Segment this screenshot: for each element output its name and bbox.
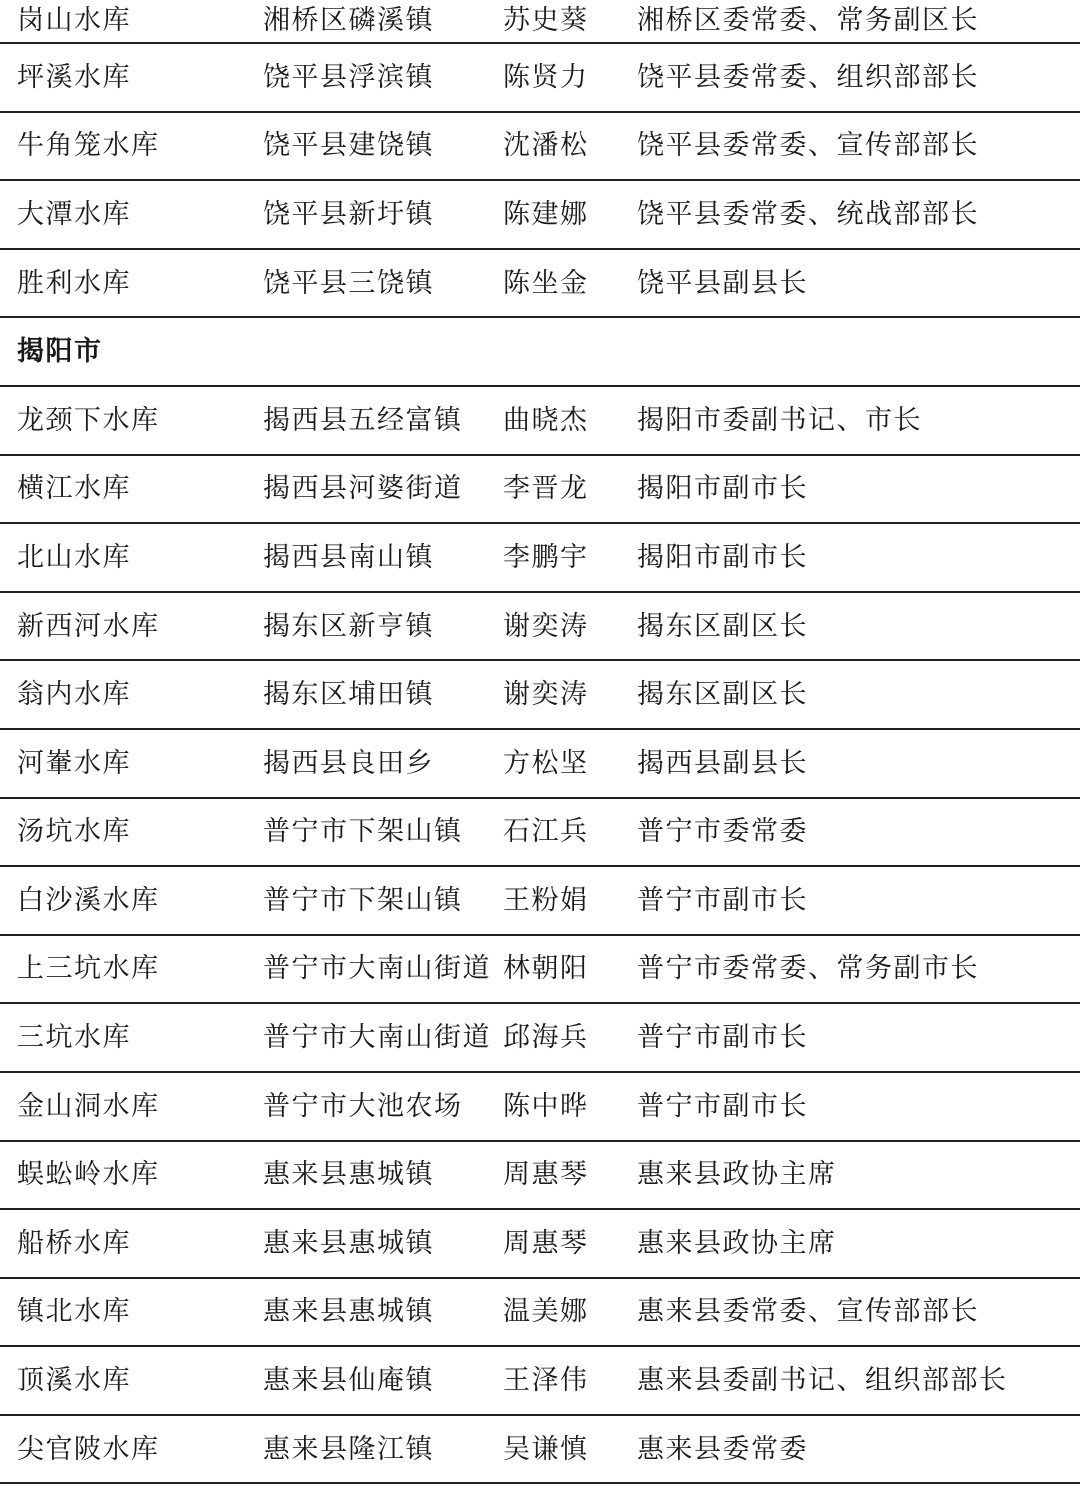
- township-cell: 饶平县新圩镇: [263, 199, 503, 230]
- position-cell: 普宁市委常委、常务副市长: [637, 953, 1080, 984]
- township-cell: 揭西县五经富镇: [263, 405, 503, 436]
- chief-name-cell: 谢奕涛: [503, 679, 637, 710]
- reservoir-name-cell: 北山水库: [17, 542, 263, 573]
- table-row: 顶溪水库 惠来县仙庵镇 王泽伟 惠来县委副书记、组织部部长: [0, 1347, 1080, 1416]
- position-cell: 揭东区副区长: [637, 611, 1080, 642]
- chief-name-cell: 沈潘松: [503, 130, 637, 161]
- table-row: 岗山水库 湘桥区磷溪镇 苏史葵 湘桥区委常委、常务副区长: [0, 0, 1080, 44]
- table-row: 坪溪水库 饶平县浮滨镇 陈贤力 饶平县委常委、组织部部长: [0, 44, 1080, 113]
- table-row: 横江水库 揭西县河婆街道 李晋龙 揭阳市副市长: [0, 456, 1080, 525]
- table-row: 新西河水库 揭东区新亨镇 谢奕涛 揭东区副区长: [0, 593, 1080, 662]
- reservoir-name-cell: 牛角笼水库: [17, 130, 263, 161]
- table-row: 三坑水库 普宁市大南山街道 邱海兵 普宁市副市长: [0, 1004, 1080, 1073]
- table-row: 汤坑水库 普宁市下架山镇 石江兵 普宁市委常委: [0, 799, 1080, 868]
- reservoir-name-cell: 胜利水库: [17, 268, 263, 299]
- chief-name-cell: 陈坐金: [503, 268, 637, 299]
- township-cell: 揭东区新亨镇: [263, 611, 503, 642]
- chief-name-cell: 曲晓杰: [503, 405, 637, 436]
- position-cell: 惠来县政协主席: [637, 1159, 1080, 1190]
- position-cell: 揭西县副县长: [637, 748, 1080, 779]
- position-cell: 揭阳市副市长: [637, 542, 1080, 573]
- township-cell: 揭东区埔田镇: [263, 679, 503, 710]
- chief-name-cell: 陈建娜: [503, 199, 637, 230]
- township-cell: 普宁市大池农场: [263, 1091, 503, 1122]
- reservoir-name-cell: 横江水库: [17, 473, 263, 504]
- township-cell: 湘桥区磷溪镇: [263, 5, 503, 36]
- township-cell: 饶平县三饶镇: [263, 268, 503, 299]
- position-cell: 惠来县委副书记、组织部部长: [637, 1365, 1080, 1396]
- table-row: 北山水库 揭西县南山镇 李鹏宇 揭阳市副市长: [0, 524, 1080, 593]
- position-cell: 普宁市副市长: [637, 885, 1080, 916]
- township-cell: 揭西县河婆街道: [263, 473, 503, 504]
- chief-name-cell: 谢奕涛: [503, 611, 637, 642]
- chief-name-cell: 周惠琴: [503, 1228, 637, 1259]
- table-row: 船桥水库 惠来县惠城镇 周惠琴 惠来县政协主席: [0, 1210, 1080, 1279]
- table-row: 龙颈下水库 揭西县五经富镇 曲晓杰 揭阳市委副书记、市长: [0, 387, 1080, 456]
- section-header-row: 揭阳市: [0, 318, 1080, 387]
- position-cell: 普宁市副市长: [637, 1091, 1080, 1122]
- chief-name-cell: 李晋龙: [503, 473, 637, 504]
- table-row: 蜈蚣岭水库 惠来县惠城镇 周惠琴 惠来县政协主席: [0, 1142, 1080, 1211]
- position-cell: 饶平县委常委、宣传部部长: [637, 130, 1080, 161]
- township-cell: 惠来县隆江镇: [263, 1434, 503, 1465]
- reservoir-name-cell: 大潭水库: [17, 199, 263, 230]
- township-cell: 揭西县良田乡: [263, 748, 503, 779]
- table-row: 大潭水库 饶平县新圩镇 陈建娜 饶平县委常委、统战部部长: [0, 181, 1080, 250]
- reservoir-name-cell: 坪溪水库: [17, 62, 263, 93]
- table-row: 翁内水库 揭东区埔田镇 谢奕涛 揭东区副区长: [0, 661, 1080, 730]
- position-cell: 普宁市委常委: [637, 816, 1080, 847]
- township-cell: 惠来县惠城镇: [263, 1228, 503, 1259]
- table-row: 金山洞水库 普宁市大池农场 陈中晔 普宁市副市长: [0, 1073, 1080, 1142]
- township-cell: 普宁市大南山街道: [263, 953, 503, 984]
- township-cell: 惠来县惠城镇: [263, 1296, 503, 1327]
- reservoir-name-cell: 船桥水库: [17, 1228, 263, 1259]
- table-row: 牛角笼水库 饶平县建饶镇 沈潘松 饶平县委常委、宣传部部长: [0, 113, 1080, 182]
- reservoir-name-cell: 金山洞水库: [17, 1091, 263, 1122]
- chief-name-cell: 方松坚: [503, 748, 637, 779]
- chief-name-cell: 林朝阳: [503, 953, 637, 984]
- table-row: 白沙溪水库 普宁市下架山镇 王粉娟 普宁市副市长: [0, 867, 1080, 936]
- reservoir-name-cell: 岗山水库: [17, 5, 263, 36]
- reservoir-name-cell: 汤坑水库: [17, 816, 263, 847]
- township-cell: 惠来县惠城镇: [263, 1159, 503, 1190]
- chief-name-cell: 石江兵: [503, 816, 637, 847]
- reservoir-name-cell: 翁内水库: [17, 679, 263, 710]
- reservoir-name-cell: 龙颈下水库: [17, 405, 263, 436]
- position-cell: 揭东区副区长: [637, 679, 1080, 710]
- section-header-label: 揭阳市: [17, 336, 1080, 367]
- reservoir-name-cell: 河輋水库: [17, 748, 263, 779]
- reservoir-chiefs-table: 岗山水库 湘桥区磷溪镇 苏史葵 湘桥区委常委、常务副区长 坪溪水库 饶平县浮滨镇…: [0, 0, 1080, 1487]
- table-row: 河輋水库 揭西县良田乡 方松坚 揭西县副县长: [0, 730, 1080, 799]
- reservoir-name-cell: 上三坑水库: [17, 953, 263, 984]
- reservoir-name-cell: 镇北水库: [17, 1296, 263, 1327]
- township-cell: 普宁市下架山镇: [263, 816, 503, 847]
- table-row: 尖官陂水库 惠来县隆江镇 吴谦慎 惠来县委常委: [0, 1416, 1080, 1485]
- position-cell: 惠来县委常委、宣传部部长: [637, 1296, 1080, 1327]
- reservoir-name-cell: 顶溪水库: [17, 1365, 263, 1396]
- position-cell: 饶平县副县长: [637, 268, 1080, 299]
- reservoir-name-cell: 尖官陂水库: [17, 1434, 263, 1465]
- chief-name-cell: 陈贤力: [503, 62, 637, 93]
- reservoir-name-cell: 白沙溪水库: [17, 885, 263, 916]
- reservoir-name-cell: 蜈蚣岭水库: [17, 1159, 263, 1190]
- table-row: 镇北水库 惠来县惠城镇 温美娜 惠来县委常委、宣传部部长: [0, 1279, 1080, 1348]
- reservoir-name-cell: 三坑水库: [17, 1022, 263, 1053]
- chief-name-cell: 吴谦慎: [503, 1434, 637, 1465]
- position-cell: 惠来县政协主席: [637, 1228, 1080, 1259]
- township-cell: 普宁市大南山街道: [263, 1022, 503, 1053]
- reservoir-name-cell: 新西河水库: [17, 611, 263, 642]
- township-cell: 揭西县南山镇: [263, 542, 503, 573]
- chief-name-cell: 苏史葵: [503, 5, 637, 36]
- position-cell: 饶平县委常委、组织部部长: [637, 62, 1080, 93]
- chief-name-cell: 温美娜: [503, 1296, 637, 1327]
- township-cell: 饶平县建饶镇: [263, 130, 503, 161]
- township-cell: 惠来县仙庵镇: [263, 1365, 503, 1396]
- chief-name-cell: 邱海兵: [503, 1022, 637, 1053]
- chief-name-cell: 王粉娟: [503, 885, 637, 916]
- table-row: 胜利水库 饶平县三饶镇 陈坐金 饶平县副县长: [0, 250, 1080, 319]
- township-cell: 普宁市下架山镇: [263, 885, 503, 916]
- table-row: 上三坑水库 普宁市大南山街道 林朝阳 普宁市委常委、常务副市长: [0, 936, 1080, 1005]
- chief-name-cell: 王泽伟: [503, 1365, 637, 1396]
- position-cell: 揭阳市副市长: [637, 473, 1080, 504]
- position-cell: 湘桥区委常委、常务副区长: [637, 5, 1080, 36]
- township-cell: 饶平县浮滨镇: [263, 62, 503, 93]
- chief-name-cell: 李鹏宇: [503, 542, 637, 573]
- chief-name-cell: 周惠琴: [503, 1159, 637, 1190]
- position-cell: 揭阳市委副书记、市长: [637, 405, 1080, 436]
- position-cell: 普宁市副市长: [637, 1022, 1080, 1053]
- position-cell: 惠来县委常委: [637, 1434, 1080, 1465]
- chief-name-cell: 陈中晔: [503, 1091, 637, 1122]
- position-cell: 饶平县委常委、统战部部长: [637, 199, 1080, 230]
